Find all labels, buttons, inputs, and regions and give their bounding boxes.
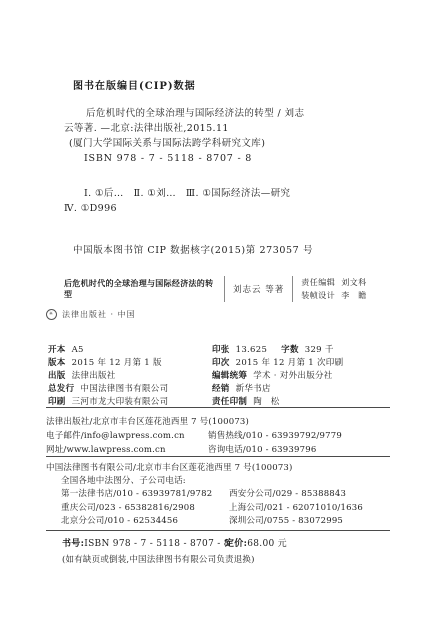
press-email: 电子邮件/info@lawpress.com.cn <box>46 431 185 441</box>
contact-row: 网址/www.lawpress.com.cn 咨询电话/010 - 639397… <box>46 443 390 457</box>
branch-row: 北京分公司/010 - 62534456 深圳公司/0755 - 8307299… <box>61 515 390 528</box>
return-policy-note: (如有缺页或倒装,中国法律图书有限公司负责退换) <box>62 553 392 568</box>
spec-row: 印次2015 年 12 月第 1 次印刷 <box>212 357 343 370</box>
specs-right-column: 印张13.625字数329 千 印次2015 年 12 月第 1 次印刷 编辑统… <box>212 344 343 409</box>
specs-left-column: 开本A5 版本2015 年 12 月第 1 版 出版法律出版社 总发行中国法律图… <box>48 344 168 409</box>
price-label: 定价: <box>225 539 247 549</box>
cip-series-line: (厦门大学国际关系与国际法跨学科研究文库) <box>69 136 380 151</box>
isbn-value: ISBN 978 - 7 - 5118 - 8707 - 8 <box>84 539 230 549</box>
horizontal-rule <box>46 456 390 457</box>
spec-row: 总发行中国法律图书有限公司 <box>48 383 168 396</box>
inquiry-phone: 咨询电话/010 - 63939796 <box>208 443 316 457</box>
vertical-divider <box>292 276 293 302</box>
credit-row: 装帧设计李 瞻 <box>301 289 367 302</box>
spec-value: 中国法律图书有限公司 <box>80 384 168 394</box>
spec-label: 印张 <box>212 345 230 355</box>
title-credits-block: 后危机时代的全球治理与国际经济法的转型 刘志云 等著 责任编辑刘文科 装帧设计李… <box>64 276 367 302</box>
book-authors: 刘志云 等著 <box>233 283 284 295</box>
cip-classification-line-1: Ⅰ. ①后… Ⅱ. ①刘… Ⅲ. ①国际经济法—研究 <box>84 186 380 201</box>
press-website: 网址/www.lawpress.com.cn <box>46 445 166 455</box>
spec-label: 印刷 <box>48 397 66 407</box>
cip-heading: 图书在版编目(CIP)数据 <box>73 79 380 94</box>
horizontal-rule <box>46 407 390 408</box>
spec-value: A5 <box>72 345 84 355</box>
branch-right: 西安分公司/029 - 85388843 <box>229 488 346 501</box>
branch-right: 上海公司/021 - 62071010/1636 <box>229 502 363 515</box>
spec-value: 2015 年 12 月第 1 次印刷 <box>236 358 344 368</box>
book-title: 后危机时代的全球治理与国际经济法的转型 <box>64 278 216 300</box>
spec-value: 学术 · 对外出版分社 <box>253 371 332 381</box>
spec-row: 编辑统筹学术 · 对外出版分社 <box>212 370 343 383</box>
cip-record-number: 中国版本图书馆 CIP 数据核字(2015)第 273057 号 <box>73 243 380 258</box>
spec-label: 开本 <box>48 345 66 355</box>
spec-value: 2015 年 12 月第 1 版 <box>72 358 162 368</box>
spec-label: 责任印制 <box>212 397 247 407</box>
distributor-address: 中国法律图书有限公司/北京市丰台区莲花池西里 7 号(100073) <box>46 462 390 475</box>
spec-label: 印次 <box>212 358 230 368</box>
copyright-page: 图书在版编目(CIP)数据 后危机时代的全球治理与国际经济法的转型 / 刘志 云… <box>0 0 434 641</box>
credits-list: 责任编辑刘文科 装帧设计李 瞻 <box>301 276 367 302</box>
press-address: 法律出版社/北京市丰台区莲花池西里 7 号(100073) <box>46 415 390 429</box>
spec-value: 陶 松 <box>253 397 279 407</box>
footer-block: 书号:ISBN 978 - 7 - 5118 - 8707 - 8 定价:68.… <box>62 537 392 568</box>
credit-value: 李 瞻 <box>341 291 367 300</box>
cip-block: 图书在版编目(CIP)数据 后危机时代的全球治理与国际经济法的转型 / 刘志 云… <box>64 79 380 258</box>
spec-value: 329 千 <box>305 345 334 355</box>
branch-left: 第一法律书店/010 - 63939781/9782 <box>61 489 212 499</box>
contact-row: 电子邮件/info@lawpress.com.cn 销售热线/010 - 639… <box>46 429 390 443</box>
branch-left: 重庆公司/023 - 65382816/2908 <box>61 503 195 513</box>
branch-row: 重庆公司/023 - 65382816/2908 上海公司/021 - 6207… <box>61 502 390 515</box>
spec-label: 经销 <box>212 384 230 394</box>
lawpress-logo-icon: ✳ <box>46 309 57 320</box>
spec-label: 字数 <box>281 345 299 355</box>
spec-label: 版本 <box>48 358 66 368</box>
spec-value: 13.625 <box>236 345 268 355</box>
vertical-divider <box>224 276 225 302</box>
isbn-price-row: 书号:ISBN 978 - 7 - 5118 - 8707 - 8 定价:68.… <box>62 537 392 552</box>
credit-row: 责任编辑刘文科 <box>301 276 367 289</box>
horizontal-rule <box>46 530 390 531</box>
spec-label: 编辑统筹 <box>212 371 247 381</box>
cip-entry-line-1: 后危机时代的全球治理与国际经济法的转型 / 刘志 <box>86 106 380 121</box>
price-value: 68.00 元 <box>247 539 287 549</box>
publisher-line: ✳ 法律出版社 · 中国 <box>46 309 136 320</box>
spec-value: 新华书店 <box>236 384 271 394</box>
branch-intro: 全国各地中法图分、子公司电话: <box>61 475 390 488</box>
credit-label: 责任编辑 <box>301 278 335 287</box>
spec-row: 印张13.625字数329 千 <box>212 344 343 357</box>
credit-label: 装帧设计 <box>301 291 335 300</box>
spec-row: 版本2015 年 12 月第 1 版 <box>48 357 168 370</box>
press-contact-block: 法律出版社/北京市丰台区莲花池西里 7 号(100073) 电子邮件/info@… <box>46 415 390 457</box>
spec-value: 法律出版社 <box>72 371 116 381</box>
cip-isbn-line: ISBN 978 - 7 - 5118 - 8707 - 8 <box>84 151 380 166</box>
distributor-block: 中国法律图书有限公司/北京市丰台区莲花池西里 7 号(100073) 全国各地中… <box>46 462 390 528</box>
credit-value: 刘文科 <box>341 278 367 287</box>
branch-row: 第一法律书店/010 - 63939781/9782 西安分公司/029 - 8… <box>61 488 390 501</box>
cip-classification-line-2: Ⅳ. ①D996 <box>64 201 380 216</box>
sales-hotline: 销售热线/010 - 63939792/9779 <box>208 429 342 443</box>
spec-row: 开本A5 <box>48 344 168 357</box>
cip-entry-line-2: 云等著. —北京:法律出版社,2015.11 <box>64 121 380 136</box>
isbn-label: 书号: <box>62 539 84 549</box>
price: 定价:68.00 元 <box>225 537 287 552</box>
spec-row: 出版法律出版社 <box>48 370 168 383</box>
spec-label: 总发行 <box>48 384 74 394</box>
branch-right: 深圳公司/0755 - 83072995 <box>229 515 343 528</box>
branch-left: 北京分公司/010 - 62534456 <box>61 516 178 526</box>
spec-label: 出版 <box>48 371 66 381</box>
spec-row: 经销新华书店 <box>212 383 343 396</box>
spec-value: 三河市龙大印装有限公司 <box>72 397 169 407</box>
publisher-name: 法律出版社 · 中国 <box>62 309 136 320</box>
